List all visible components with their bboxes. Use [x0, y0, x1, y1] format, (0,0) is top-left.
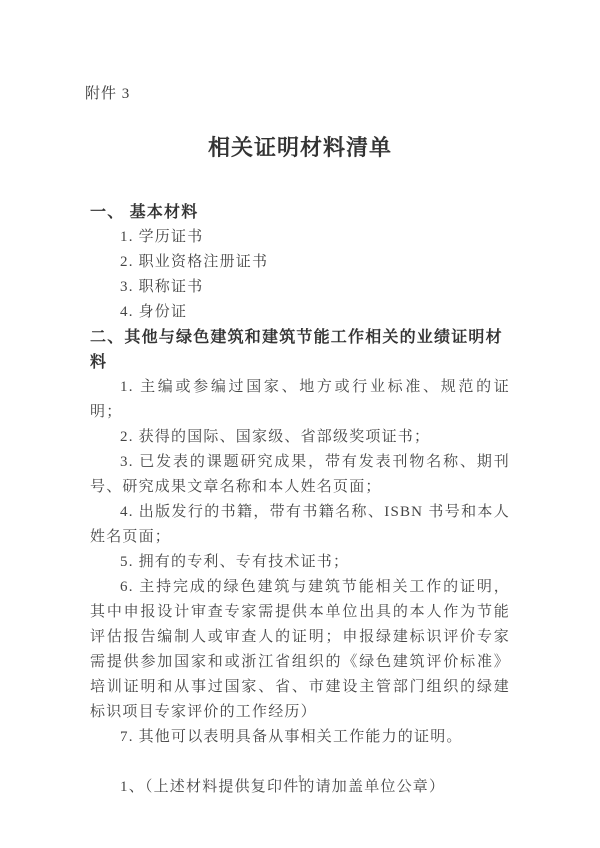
- list-item: 3. 职称证书: [90, 275, 510, 300]
- list-item: 3. 已发表的课题研究成果，带有发表刊物名称、期刊号、研究成果文章名称和本人姓名…: [90, 450, 510, 500]
- list-item: 4. 身份证: [90, 300, 510, 325]
- section-1-heading: 一、 基本材料: [90, 200, 510, 225]
- list-item: 6. 主持完成的绿色建筑与建筑节能相关工作的证明，其中申报设计审查专家需提供本单…: [90, 575, 510, 725]
- attachment-label: 附件 3: [85, 82, 130, 103]
- list-item: 5. 拥有的专利、专有技术证书；: [90, 550, 510, 575]
- list-item: 7. 其他可以表明具备从事相关工作能力的证明。: [90, 725, 510, 750]
- document-page: 附件 3 相关证明材料清单 一、 基本材料 1. 学历证书 2. 职业资格注册证…: [0, 0, 600, 848]
- page-number: 1: [0, 772, 600, 786]
- document-body: 一、 基本材料 1. 学历证书 2. 职业资格注册证书 3. 职称证书 4. 身…: [90, 200, 510, 800]
- page-title: 相关证明材料清单: [0, 133, 600, 163]
- section-2-heading: 二、其他与绿色建筑和建筑节能工作相关的业绩证明材料: [90, 325, 510, 375]
- list-item: 2. 职业资格注册证书: [90, 250, 510, 275]
- list-item: 4. 出版发行的书籍，带有书籍名称、ISBN 书号和本人姓名页面；: [90, 500, 510, 550]
- list-item: 1. 主编或参编过国家、地方或行业标准、规范的证明；: [90, 375, 510, 425]
- list-item: 2. 获得的国际、国家级、省部级奖项证书；: [90, 425, 510, 450]
- list-item: 1. 学历证书: [90, 225, 510, 250]
